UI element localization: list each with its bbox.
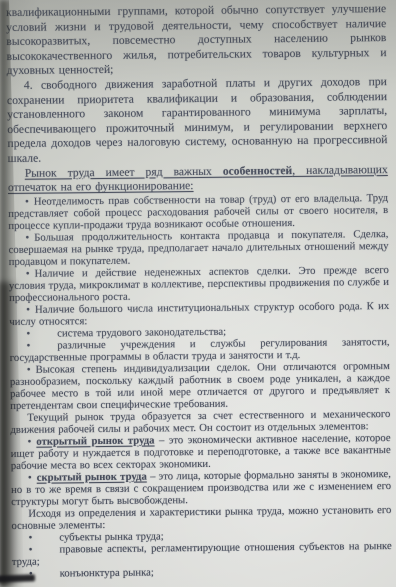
paragraph-item4-wage-movement: 4. свободного движения заработной платы … [7, 75, 388, 167]
document-page: квалификационными группами, которой обыч… [0, 0, 396, 587]
bullet-individualization: •Высокая степень индивидуализации сделок… [10, 360, 390, 412]
heading-text-pre: Рынок труда имеет ряд важных [25, 164, 223, 179]
subbullet-text: субъекты рынка труда; [59, 530, 163, 543]
bullet-icon: • [27, 363, 31, 375]
bullet-icon: • [29, 567, 33, 579]
bullet-contact-duration: •Большая продолжительность контакта прод… [8, 228, 388, 268]
bullet-icon: • [29, 531, 33, 543]
subbullet-market-conjuncture: •конъюнктура рынка; [12, 564, 392, 580]
bullet-text: Неотделимость прав собственности на това… [8, 192, 388, 232]
bullet-icon: • [26, 267, 30, 279]
heading-underlined-text: Рынок труда имеет ряд важных особенносте… [8, 163, 388, 195]
bullet-nonmonetary-aspects: •Наличие и действие неденежных аспектов … [9, 264, 389, 304]
heading-bold-word: особенностей [223, 164, 292, 178]
bullet-property-rights: •Неотделимость прав собственности на тов… [8, 192, 388, 232]
bullet-icon: • [27, 339, 31, 351]
paragraph-qualification-groups: квалификационными группами, которой обыч… [6, 2, 387, 79]
bullet-icon: • [28, 435, 32, 447]
bullet-icon: • [25, 231, 29, 243]
bullet-icon: • [29, 543, 33, 555]
bullet-text: Высокая степень индивидуализации сделок.… [10, 360, 390, 412]
heading-labor-market-features: Рынок труда имеет ряд важных особенносте… [8, 163, 388, 196]
bullet-icon: • [26, 327, 30, 339]
subbullet-text: конъюнктура рынка; [60, 566, 154, 579]
bullet-icon: • [26, 303, 30, 315]
bullet-hidden-labor-market: •скрытый рынок труда – это лица, которые… [11, 468, 391, 508]
bullet-icon: • [25, 195, 29, 207]
bullet-text: Большая продолжительность контакта прода… [9, 228, 389, 268]
bullet-icon: • [28, 471, 32, 483]
page-text-block: квалификационными группами, которой обыч… [0, 0, 396, 580]
bullet-text: Наличие и действие неденежных аспектов с… [9, 264, 389, 304]
bullet-open-labor-market: •открытый рынок труда – это экономически… [11, 432, 391, 472]
